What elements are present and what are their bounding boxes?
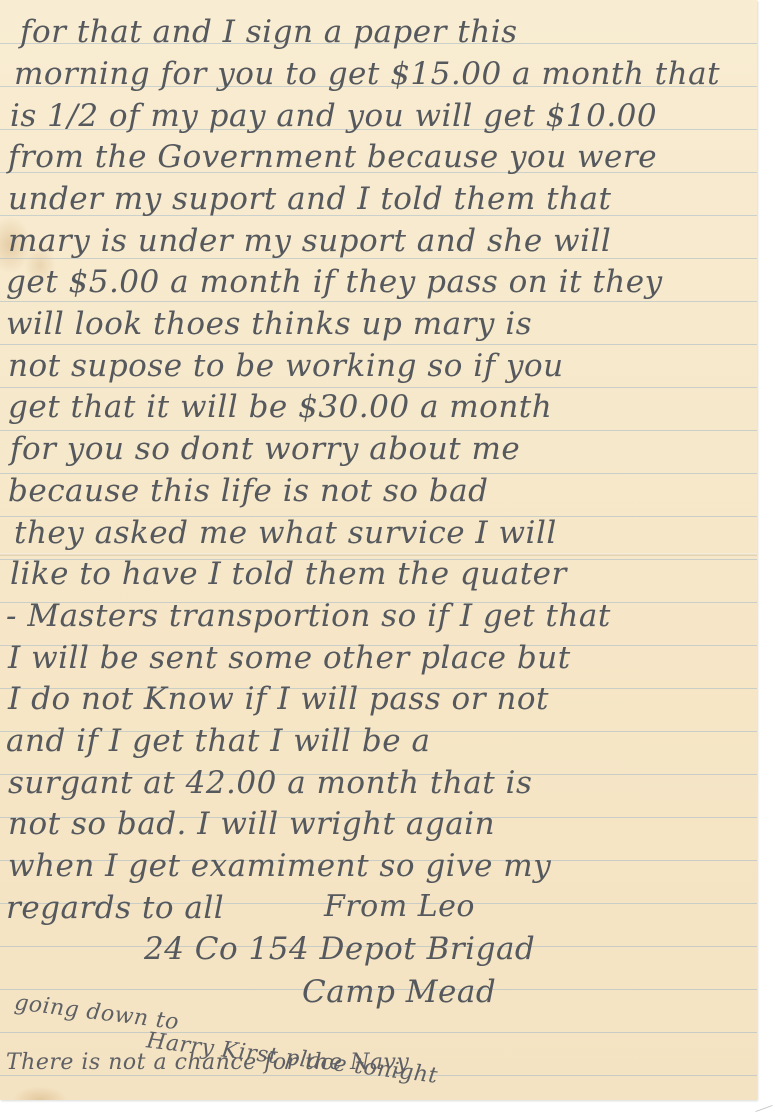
signature: From Leo: [324, 886, 475, 927]
letter-line: and if I get that I will be a: [6, 721, 430, 762]
letter-line: get $5.00 a month if they pass on it the…: [6, 262, 663, 303]
letter-line: because this life is not so bad: [8, 471, 488, 512]
letter-line: not so bad. I will wright again: [8, 804, 495, 845]
letter-line: under my suport and I told them that: [8, 179, 611, 220]
address-unit: 24 Co 154 Depot Brigad: [144, 929, 535, 970]
letter-line: will look thoes thinks up mary is: [6, 304, 532, 345]
letter-line: morning for you to get $15.00 a month th…: [14, 54, 720, 95]
letter-line: not supose to be working so if you: [8, 346, 564, 387]
letter-line: surgant at 42.00 a month that is: [8, 763, 532, 804]
letter-line: for that and I sign a paper this: [20, 12, 518, 53]
letter-line: regards to all: [6, 888, 224, 929]
letter-line: I do not Know if I will pass or not: [8, 679, 549, 720]
scan-edge-mark: [755, 1105, 772, 1112]
address-camp: Camp Mead: [302, 972, 496, 1013]
letter-line: they asked me what survice I will: [14, 513, 557, 554]
letter-line: - Masters transportion so if I get that: [6, 596, 611, 637]
letter-line: like to have I told them the quater: [10, 554, 567, 595]
letter-line: is 1/2 of my pay and you will get $10.00: [10, 96, 657, 137]
letter-line: mary is under my suport and she will: [8, 221, 611, 262]
letter-line: for you so dont worry about me: [10, 429, 520, 470]
letter-line: get that it will be $30.00 a month: [8, 387, 552, 428]
postscript-line-2: There is not a chance for the Navy: [6, 1042, 409, 1083]
letter-paper: for that and I sign a paper this morning…: [0, 0, 757, 1100]
letter-line: I will be sent some other place but: [8, 638, 571, 679]
letter-line: when I get examiment so give my: [8, 846, 551, 887]
letter-line: from the Government because you were: [8, 137, 657, 178]
